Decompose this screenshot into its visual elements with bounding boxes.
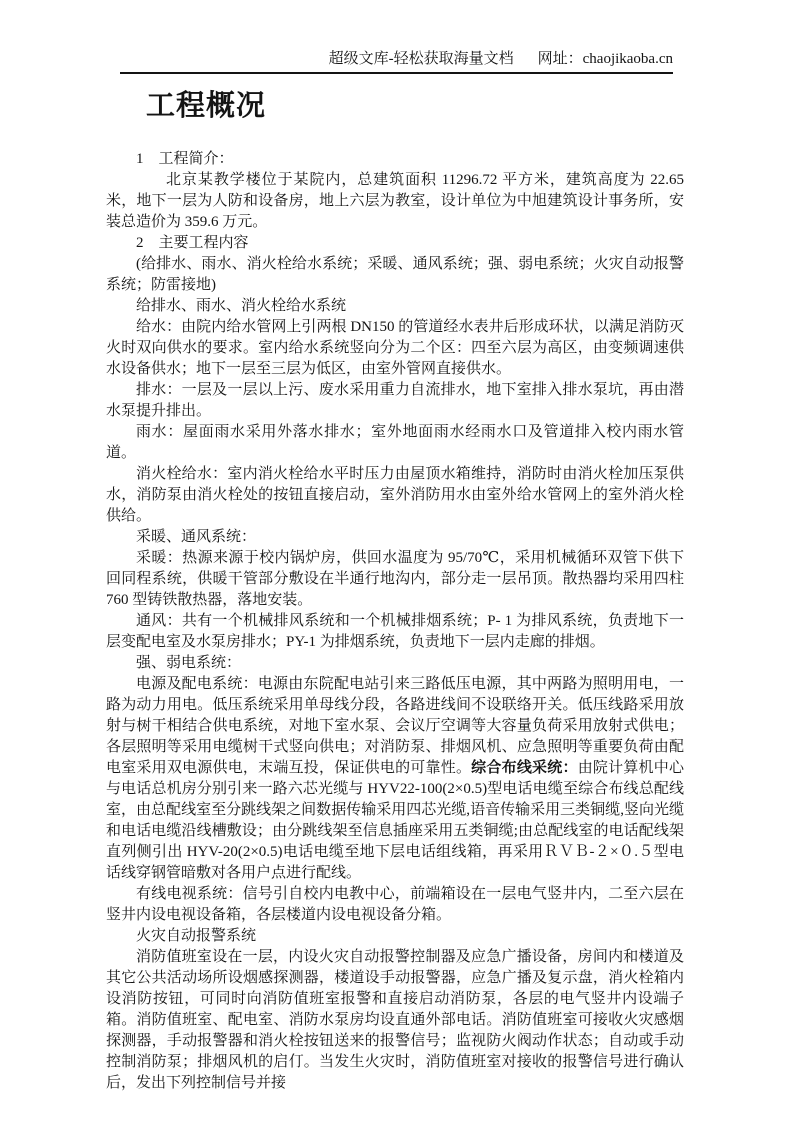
paragraph: 采暖、通风系统： <box>106 527 684 548</box>
paragraph: 火灾自动报警系统 <box>106 926 684 947</box>
page-title: 工程概况 <box>146 86 266 126</box>
paragraph: 有线电视系统：信号引自校内电教中心，前端箱设在一层电气竖井内，二至六层在竖井内设… <box>106 884 684 926</box>
paragraph: 2 主要工程内容 <box>106 233 684 254</box>
paragraph: 给水：由院内给水管网上引两根 DN150 的管道经水表井后形成环状，以满足消防灭… <box>106 317 684 380</box>
text-run: 雨水：屋面雨水采用外落水排水；室外地面雨水经雨水口及管道排入校内雨水管道。 <box>106 424 684 461</box>
text-run: 由院计算机中心与电话总机房分别引来一路六芯光缆与 HYV22-100(2×0.5… <box>106 760 684 881</box>
text-run: 排水：一层及一层以上污、废水采用重力自流排水，地下室排入排水泵坑，再由潜水泵提升… <box>106 382 684 419</box>
header-site-text: 超级文库-轻松获取海量文档 <box>329 51 514 67</box>
document-page: 超级文库-轻松获取海量文档网址：chaojikaoba.cn 工程概况 1 工程… <box>0 0 793 1122</box>
paragraph: 消火栓给水：室内消火栓给水平时压力由屋顶水箱维持，消防时由消火栓加压泵供水，消防… <box>106 464 684 527</box>
paragraph: 排水：一层及一层以上污、废水采用重力自流排水，地下室排入排水泵坑，再由潜水泵提升… <box>106 380 684 422</box>
paragraph: 雨水：屋面雨水采用外落水排水；室外地面雨水经雨水口及管道排入校内雨水管道。 <box>106 422 684 464</box>
text-run: 强、弱电系统： <box>136 655 241 671</box>
text-run: 给排水、雨水、消火栓给水系统 <box>136 298 346 314</box>
header-url: chaojikaoba.cn <box>583 51 673 67</box>
paragraph: 消防值班室设在一层，内设火灾自动报警控制器及应急广播设备，房间内和楼道及其它公共… <box>106 947 684 1094</box>
text-run: 火灾自动报警系统 <box>136 928 256 944</box>
paragraph: 强、弱电系统： <box>106 653 684 674</box>
paragraph: 采暖：热源来源于校内锅炉房，供回水温度为 95/70℃，采用机械循环双管下供下回… <box>106 548 684 611</box>
paragraph: 北京某教学楼位于某院内，总建筑面积 11296.72 平方米，建筑高度为 22.… <box>106 170 684 233</box>
document-body: 1 工程简介：北京某教学楼位于某院内，总建筑面积 11296.72 平方米，建筑… <box>106 149 684 1094</box>
text-run: 2 主要工程内容 <box>136 235 249 251</box>
text-run: 通风：共有一个机械排风系统和一个机械排烟系统；P- 1 为排风系统，负责地下一层… <box>106 613 684 650</box>
text-run: 消防值班室设在一层，内设火灾自动报警控制器及应急广播设备，房间内和楼道及其它公共… <box>106 949 684 1091</box>
text-run: (给排水、雨水、消火栓给水系统；采暖、通风系统；强、弱电系统；火灾自动报警系统；… <box>106 256 684 293</box>
text-run: 采暖：热源来源于校内锅炉房，供回水温度为 95/70℃，采用机械循环双管下供下回… <box>106 550 684 608</box>
text-run: 采暖、通风系统： <box>136 529 256 545</box>
page-header: 超级文库-轻松获取海量文档网址：chaojikaoba.cn <box>120 50 673 74</box>
text-run: 1 工程简介： <box>136 151 234 167</box>
paragraph: 通风：共有一个机械排风系统和一个机械排烟系统；P- 1 为排风系统，负责地下一层… <box>106 611 684 653</box>
text-run: 有线电视系统：信号引自校内电教中心，前端箱设在一层电气竖井内，二至六层在竖井内设… <box>106 886 684 923</box>
text-run: 给水：由院内给水管网上引两根 DN150 的管道经水表井后形成环状，以满足消防灭… <box>106 319 684 377</box>
text-run-bold: 综合布线采统： <box>471 760 578 776</box>
text-run: 北京某教学楼位于某院内，总建筑面积 11296.72 平方米，建筑高度为 22.… <box>106 172 684 230</box>
paragraph: (给排水、雨水、消火栓给水系统；采暖、通风系统；强、弱电系统；火灾自动报警系统；… <box>106 254 684 296</box>
paragraph: 电源及配电系统：电源由东院配电站引来三路低压电源，其中两路为照明用电，一路为动力… <box>106 674 684 884</box>
paragraph: 1 工程简介： <box>106 149 684 170</box>
text-run: 消火栓给水：室内消火栓给水平时压力由屋顶水箱维持，消防时由消火栓加压泵供水，消防… <box>106 466 684 524</box>
header-url-label: 网址： <box>538 51 583 67</box>
paragraph: 给排水、雨水、消火栓给水系统 <box>106 296 684 317</box>
